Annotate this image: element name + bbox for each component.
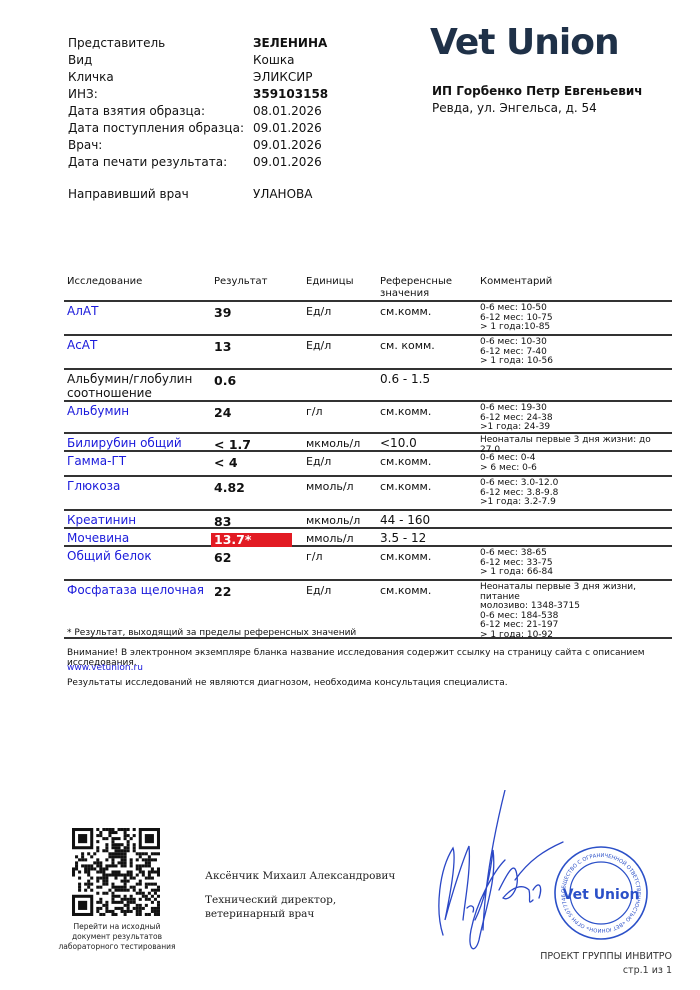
- table-header: Исследование Результат Единицы Референсн…: [64, 276, 672, 302]
- units: ммоль/л: [306, 529, 380, 545]
- qr-caption: Перейти на исходный документ результатов…: [58, 922, 176, 952]
- comment: Неонаталы первые 3 дня жизни, питание мо…: [480, 581, 672, 637]
- handwritten-signature: [405, 790, 565, 960]
- units: ммоль/л: [306, 477, 380, 509]
- info-label: Дата печати результата:: [68, 154, 253, 171]
- asterisk-note: * Результат, выходящий за пределы рефере…: [67, 628, 356, 638]
- vet-union-logo: Vet Union: [430, 22, 619, 63]
- result-value: < 4: [214, 452, 306, 475]
- info-row: Врач:09.01.2026: [68, 137, 328, 154]
- info-value: 359103158: [253, 86, 328, 103]
- units: [306, 370, 380, 400]
- info-label: Дата взятия образца:: [68, 103, 253, 120]
- info-label: Дата поступления образца:: [68, 120, 253, 137]
- signer-title-line1: Технический директор,: [205, 894, 336, 906]
- info-label: Представитель: [68, 35, 253, 52]
- result-value: 0.6: [214, 370, 306, 400]
- reference-range: см. комм.: [380, 336, 480, 368]
- attention-note: Внимание! В электронном экземпляре бланк…: [67, 648, 700, 668]
- signer-title-line2: ветеринарный врач: [205, 908, 314, 920]
- comment: 0-6 мес: 3.0-12.0 6-12 мес: 3.8-9.8 >1 г…: [480, 477, 672, 509]
- units: г/л: [306, 402, 380, 432]
- result-value: 13: [214, 336, 306, 368]
- flagged-result: 13.7*: [211, 533, 292, 547]
- comment: 0-6 мес: 38-65 6-12 мес: 33-75 > 1 года:…: [480, 547, 672, 579]
- disclaimer-note: Результаты исследований не являются диаг…: [67, 678, 508, 688]
- reference-range: <10.0: [380, 434, 480, 450]
- reference-range: см.комм.: [380, 477, 480, 509]
- info-row: КличкаЭЛИКСИР: [68, 69, 328, 86]
- patient-info: ПредставительЗЕЛЕНИНАВидКошкаКличкаЭЛИКС…: [68, 35, 328, 203]
- comment: [480, 370, 672, 400]
- test-name-link[interactable]: Общий белок: [64, 547, 214, 579]
- result-value: 13.7*: [214, 529, 306, 545]
- info-row: ПредставительЗЕЛЕНИНА: [68, 35, 328, 52]
- qr-code[interactable]: [72, 828, 160, 916]
- result-text: 39: [214, 305, 231, 320]
- website-link[interactable]: www.vetunion.ru: [67, 663, 143, 673]
- result-value: 4.82: [214, 477, 306, 509]
- comment: [480, 529, 672, 545]
- info-row: ИНЗ:359103158: [68, 86, 328, 103]
- result-text: < 4: [214, 455, 238, 470]
- result-text: 4.82: [214, 480, 245, 495]
- info-row: Дата печати результата:09.01.2026: [68, 154, 328, 171]
- reference-range: см.комм.: [380, 302, 480, 334]
- info-value: 08.01.2026: [253, 103, 322, 120]
- table-row: Мочевина13.7*ммоль/л3.5 - 12: [64, 529, 672, 547]
- result-text: 83: [214, 514, 231, 529]
- test-name-link[interactable]: Альбумин: [64, 402, 214, 432]
- test-name-link[interactable]: АсАТ: [64, 336, 214, 368]
- comment: 0-6 мес: 10-30 6-12 мес: 7-40 > 1 года: …: [480, 336, 672, 368]
- table-row: Альбумин/глобулин соотношение0.60.6 - 1.…: [64, 370, 672, 402]
- result-text: 24: [214, 405, 231, 420]
- info-row: Дата поступления образца:09.01.2026: [68, 120, 328, 137]
- test-name-link[interactable]: АлАТ: [64, 302, 214, 334]
- comment: Неонаталы первые 3 дня жизни: до 27.0: [480, 434, 672, 450]
- header-test: Исследование: [64, 276, 214, 300]
- units: Ед/л: [306, 336, 380, 368]
- company-stamp: ОБЩЕСТВО С ОГРАНИЧЕННОЙ ОТВЕТСТВЕННОСТЬЮ…: [553, 845, 649, 941]
- table-row: АсАТ13Ед/лсм. комм.0-6 мес: 10-30 6-12 м…: [64, 336, 672, 370]
- info-row: Дата взятия образца:08.01.2026: [68, 103, 328, 120]
- result-value: 83: [214, 511, 306, 527]
- table-row: Альбумин24г/лсм.комм.0-6 мес: 19-30 6-12…: [64, 402, 672, 434]
- units: мкмоль/л: [306, 511, 380, 527]
- test-name: Альбумин/глобулин соотношение: [64, 370, 214, 400]
- test-name-link[interactable]: Мочевина: [64, 529, 214, 545]
- info-value: ЭЛИКСИР: [253, 69, 313, 86]
- info-label: ИНЗ:: [68, 86, 253, 103]
- info-label: Врач:: [68, 137, 253, 154]
- page-number: стр.1 из 1: [623, 965, 672, 976]
- table-row: Общий белок62г/лсм.комм.0-6 мес: 38-65 6…: [64, 547, 672, 581]
- units: мкмоль/л: [306, 434, 380, 450]
- reference-range: см.комм.: [380, 547, 480, 579]
- units: г/л: [306, 547, 380, 579]
- result-text: 0.6: [214, 373, 236, 388]
- header-units: Единицы: [306, 276, 380, 300]
- organization-info: ИП Горбенко Петр Евгеньевич Ревда, ул. Э…: [432, 83, 642, 117]
- units: Ед/л: [306, 302, 380, 334]
- table-row: Гамма-ГТ< 4Ед/лсм.комм.0-6 мес: 0-4 > 6 …: [64, 452, 672, 477]
- comment: 0-6 мес: 10-50 6-12 мес: 10-75 > 1 года:…: [480, 302, 672, 334]
- header-result: Результат: [214, 276, 306, 300]
- info-value: Кошка: [253, 52, 294, 69]
- result-value: 62: [214, 547, 306, 579]
- info-label: Вид: [68, 52, 253, 69]
- result-text: < 1.7: [214, 437, 251, 452]
- referring-doctor-value: УЛАНОВА: [253, 186, 312, 203]
- table-body: АлАТ39Ед/лсм.комм.0-6 мес: 10-50 6-12 ме…: [64, 302, 672, 639]
- info-label: Кличка: [68, 69, 253, 86]
- reference-range: 44 - 160: [380, 511, 480, 527]
- organization-name: ИП Горбенко Петр Евгеньевич: [432, 83, 642, 100]
- info-value: ЗЕЛЕНИНА: [253, 35, 327, 52]
- result-value: < 1.7: [214, 434, 306, 450]
- result-value: 24: [214, 402, 306, 432]
- info-value: 09.01.2026: [253, 120, 322, 137]
- test-name-link[interactable]: Глюкоза: [64, 477, 214, 509]
- result-value: 39: [214, 302, 306, 334]
- result-text: 62: [214, 550, 231, 565]
- table-row: Билирубин общий< 1.7мкмоль/л<10.0Неоната…: [64, 434, 672, 452]
- table-row: Креатинин83мкмоль/л44 - 160: [64, 511, 672, 529]
- signer-name: Аксёнчик Михаил Александрович: [205, 870, 395, 882]
- project-label: ПРОЕКТ ГРУППЫ ИНВИТРО: [540, 951, 672, 962]
- reference-range: см.комм.: [380, 452, 480, 475]
- referring-doctor-label: Направивший врач: [68, 186, 253, 203]
- header-reference: Референсные значения: [380, 276, 480, 300]
- reference-range: см.комм.: [380, 581, 480, 637]
- result-text: 13: [214, 339, 231, 354]
- info-value: 09.01.2026: [253, 137, 322, 154]
- info-row: ВидКошка: [68, 52, 328, 69]
- reference-range: 3.5 - 12: [380, 529, 480, 545]
- info-value: 09.01.2026: [253, 154, 322, 171]
- header-comment: Комментарий: [480, 276, 672, 300]
- table-row: АлАТ39Ед/лсм.комм.0-6 мес: 10-50 6-12 ме…: [64, 302, 672, 336]
- stamp-brand: Vet Union: [563, 887, 640, 903]
- comment: [480, 511, 672, 527]
- test-name-link[interactable]: Креатинин: [64, 511, 214, 527]
- result-text: 22: [214, 584, 231, 599]
- table-row: Глюкоза4.82ммоль/лсм.комм.0-6 мес: 3.0-1…: [64, 477, 672, 511]
- organization-address: Ревда, ул. Энгельса, д. 54: [432, 100, 642, 117]
- test-name-link[interactable]: Гамма-ГТ: [64, 452, 214, 475]
- test-name-link[interactable]: Билирубин общий: [64, 434, 214, 450]
- reference-range: см.комм.: [380, 402, 480, 432]
- units: Ед/л: [306, 452, 380, 475]
- referring-doctor-row: Направивший врачУЛАНОВА: [68, 186, 328, 203]
- reference-range: 0.6 - 1.5: [380, 370, 480, 400]
- results-table: Исследование Результат Единицы Референсн…: [64, 276, 672, 639]
- comment: 0-6 мес: 19-30 6-12 мес: 24-38 >1 года: …: [480, 402, 672, 432]
- comment: 0-6 мес: 0-4 > 6 мес: 0-6: [480, 452, 672, 475]
